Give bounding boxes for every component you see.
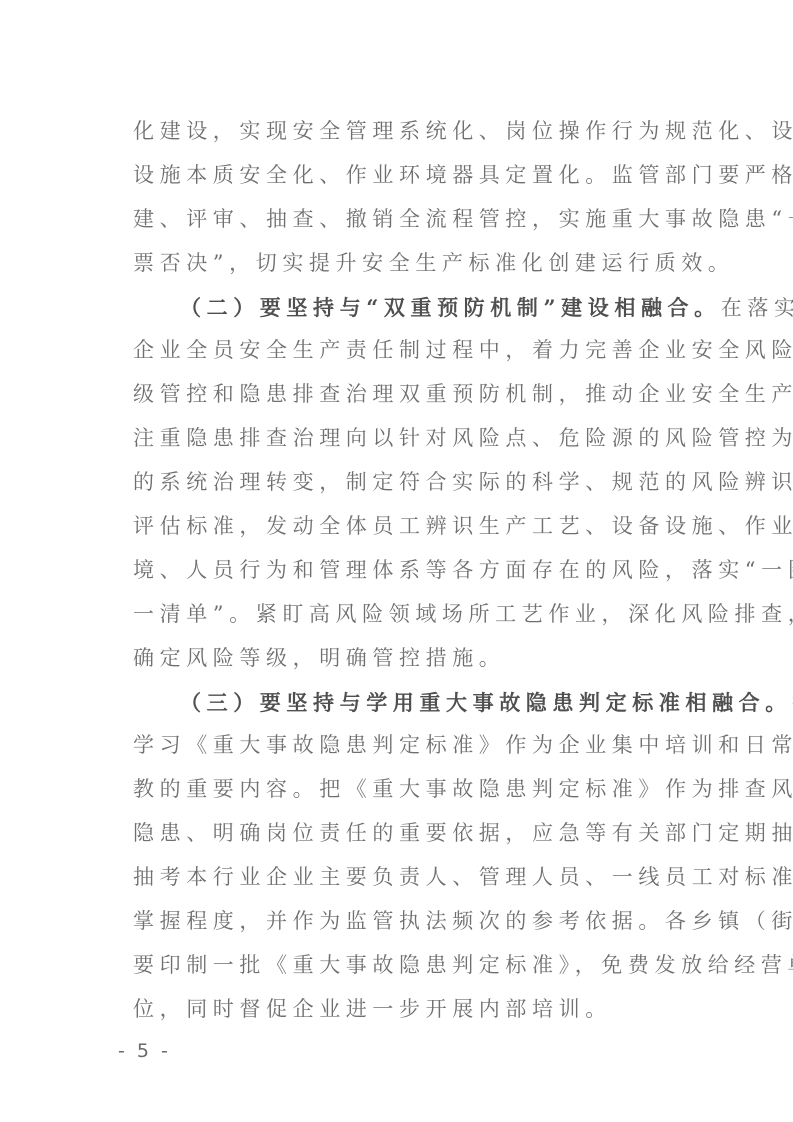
text-line: 确定风险等级，明确管控措施。: [133, 637, 678, 681]
text-line: 的系统治理转变，制定符合实际的科学、规范的风险辨识和: [133, 461, 678, 505]
section-heading: （二）要坚持与“双重预防机制”建设相融合。: [180, 295, 721, 320]
body-text: 化建设，实现安全管理系统化、岗位操作行为规范化、设备 设施本质安全化、作业环境器…: [133, 110, 678, 1032]
heading-trailing-text: 在落实: [721, 296, 793, 320]
text-line: 教的重要内容。把《重大事故隐患判定标准》作为排查风险: [133, 768, 678, 812]
text-line: 票否决”，切实提升安全生产标准化创建运行质效。: [133, 242, 678, 286]
text-line: 隐患、明确岗位责任的重要依据，应急等有关部门定期抽查: [133, 812, 678, 856]
page-number: - 5 -: [118, 1040, 171, 1062]
text-line: 企业全员安全生产责任制过程中，着力完善企业安全风险分: [133, 329, 678, 373]
text-line: 要印制一批《重大事故隐患判定标准》，免费发放给经营单: [133, 944, 678, 988]
paragraph-double-prevention: （二）要坚持与“双重预防机制”建设相融合。在落实 企业全员安全生产责任制过程中，…: [133, 286, 678, 681]
document-page: 化建设，实现安全管理系统化、岗位操作行为规范化、设备 设施本质安全化、作业环境器…: [0, 0, 793, 1122]
text-line: 设施本质安全化、作业环境器具定置化。监管部门要严格创: [133, 154, 678, 198]
text-line: 建、评审、抽查、撤销全流程管控，实施重大事故隐患“一: [133, 198, 678, 242]
text-line: 掌握程度，并作为监管执法频次的参考依据。各乡镇（街道）: [133, 900, 678, 944]
text-line: 抽考本行业企业主要负责人、管理人员、一线员工对标准的: [133, 856, 678, 900]
paragraph-first-line: （三）要坚持与学用重大事故隐患判定标准相融合。把: [133, 681, 678, 725]
paragraph-hazard-standards: （三）要坚持与学用重大事故隐患判定标准相融合。把 学习《重大事故隐患判定标准》作…: [133, 681, 678, 1032]
paragraph-continuation: 化建设，实现安全管理系统化、岗位操作行为规范化、设备 设施本质安全化、作业环境器…: [133, 110, 678, 286]
paragraph-first-line: （二）要坚持与“双重预防机制”建设相融合。在落实: [133, 286, 678, 330]
text-line: 位，同时督促企业进一步开展内部培训。: [133, 988, 678, 1032]
text-line: 一清单”。紧盯高风险领域场所工艺作业，深化风险排查，: [133, 593, 678, 637]
text-line: 评估标准，发动全体员工辨识生产工艺、设备设施、作业环: [133, 505, 678, 549]
text-line: 级管控和隐患排查治理双重预防机制，推动企业安全生产从: [133, 373, 678, 417]
section-heading: （三）要坚持与学用重大事故隐患判定标准相融合。: [180, 690, 792, 715]
text-line: 化建设，实现安全管理系统化、岗位操作行为规范化、设备: [133, 110, 678, 154]
text-line: 境、人员行为和管理体系等各方面存在的风险，落实“一图: [133, 549, 678, 593]
text-line: 学习《重大事故隐患判定标准》作为企业集中培训和日常宣: [133, 724, 678, 768]
text-line: 注重隐患排查治理向以针对风险点、危险源的风险管控为主: [133, 417, 678, 461]
